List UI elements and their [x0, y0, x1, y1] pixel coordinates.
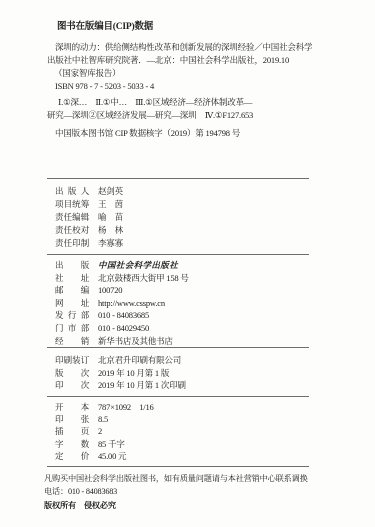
format-section: 开本 787×1092 1/16 印张 8.5 插页 2 字数 85 千字 定价… — [47, 401, 347, 462]
field-label: 邮编 — [55, 284, 89, 297]
publication-row: 发行部 010 - 84083685 — [55, 309, 347, 322]
classification-line-1: Ⅰ.①深… Ⅱ.①中… Ⅲ.①区域经济—经济体制改革— — [58, 96, 347, 109]
publication-row: 网址 http://www.csspw.cn — [55, 297, 347, 310]
field-value: 85 千字 — [98, 438, 125, 450]
field-value: 2019 年 10 月第 1 次印刷 — [98, 379, 186, 392]
field-label: 网址 — [55, 297, 89, 310]
staff-row: 出版人 赵剑英 — [55, 185, 347, 198]
field-label: 开本 — [55, 401, 89, 413]
field-label: 社址 — [55, 272, 89, 285]
cip-record-line: 中国版本图书馆 CIP 数据核字（2019）第 194798 号 — [55, 127, 347, 140]
printing-section: 印刷装订 北京君升印刷有限公司 版次 2019 年 10 月第 1 版 印次 2… — [47, 354, 347, 392]
cip-data-section: 图书在版编目(CIP)数据 深圳的动力：供给侧结构性改革和创新发展的深圳经验／中… — [47, 21, 347, 140]
publication-row: 门市部 010 - 84029450 — [55, 322, 347, 335]
field-value: 北京君升印刷有限公司 — [98, 354, 181, 367]
field-value: 王 茵 — [98, 198, 123, 211]
quality-notice-line: 凡购买中国社会科学出版社图书，如有质量问题请与本社营销中心联系调换 — [44, 472, 347, 486]
field-value: 新华书店及其他书店 — [98, 335, 173, 348]
cip-heading: 图书在版编目(CIP)数据 — [57, 21, 347, 33]
format-row: 插页 2 — [55, 425, 347, 437]
field-label: 定价 — [55, 450, 89, 462]
field-label: 发行部 — [55, 309, 89, 322]
classification-line-2: 研究—深圳②区域经济发展—研究—深圳 Ⅳ.①F127.653 — [47, 109, 347, 122]
field-label: 印刷装订 — [55, 354, 89, 367]
phone-line: 电话：010 - 84083683 — [44, 485, 347, 499]
divider-rule — [47, 396, 309, 397]
publication-row: 社址 北京鼓楼西大街甲 158 号 — [55, 272, 347, 285]
field-value: 100720 — [98, 284, 122, 297]
staff-row: 责任编辑 喻 苗 — [55, 211, 347, 224]
staff-row: 责任校对 杨 林 — [55, 224, 347, 237]
field-label: 门市部 — [55, 322, 89, 335]
field-value: 杨 林 — [98, 224, 123, 237]
format-row: 印张 8.5 — [55, 413, 347, 425]
field-label: 经销 — [55, 335, 89, 348]
field-value: 李寡寡 — [98, 237, 123, 250]
isbn-line: ISBN 978 - 7 - 5203 - 5033 - 4 — [55, 80, 347, 93]
format-row: 字数 85 千字 — [55, 438, 347, 450]
printing-row: 版次 2019 年 10 月第 1 版 — [55, 367, 347, 380]
staff-section: 出版人 赵剑英 项目统筹 王 茵 责任编辑 喻 苗 责任校对 杨 林 责任印制 … — [47, 185, 347, 250]
format-row: 开本 787×1092 1/16 — [55, 401, 347, 413]
field-label: 版次 — [55, 367, 89, 380]
field-label: 字数 — [55, 438, 89, 450]
field-label: 插页 — [55, 425, 89, 437]
book-copyright-page: 图书在版编目(CIP)数据 深圳的动力：供给侧结构性改革和创新发展的深圳经验／中… — [0, 0, 375, 527]
field-value: 45.00 元 — [98, 450, 126, 462]
staff-row: 责任印制 李寡寡 — [55, 237, 347, 250]
field-label: 责任编辑 — [55, 211, 89, 224]
field-value: 2019 年 10 月第 1 版 — [98, 367, 169, 380]
series-note: （国家智库报告） — [54, 67, 347, 80]
field-value: 8.5 — [98, 413, 108, 425]
field-value: 赵剑英 — [98, 185, 123, 198]
field-value: 北京鼓楼西大街甲 158 号 — [98, 272, 189, 285]
field-value: 喻 苗 — [98, 211, 123, 224]
divider-rule — [47, 347, 309, 348]
copyright-statement: 版权所有 侵权必究 — [44, 499, 347, 513]
printing-row: 印次 2019 年 10 月第 1 次印刷 — [55, 379, 347, 392]
field-value: 010 - 84083685 — [98, 309, 149, 322]
cip-title-line-1: 深圳的动力：供给侧结构性改革和创新发展的深圳经验／中国社会科学 — [55, 41, 347, 54]
publication-row: 出版 中国社会科学出版社 — [55, 259, 347, 272]
staff-row: 项目统筹 王 茵 — [55, 198, 347, 211]
field-label: 责任校对 — [55, 224, 89, 237]
printing-row: 印刷装订 北京君升印刷有限公司 — [55, 354, 347, 367]
cip-title-line-2: 出版社中社智库研究院著．—北京：中国社会科学出版社，2019.10 — [47, 54, 347, 67]
field-label: 出版 — [55, 259, 89, 272]
field-value: 787×1092 1/16 — [98, 401, 154, 413]
publisher-logotype: 中国社会科学出版社 — [98, 259, 178, 272]
field-label: 责任印制 — [55, 237, 89, 250]
format-row: 定价 45.00 元 — [55, 450, 347, 462]
publication-section: 出版 中国社会科学出版社 社址 北京鼓楼西大街甲 158 号 邮编 100720… — [47, 259, 347, 347]
website-url: http://www.csspw.cn — [98, 297, 165, 310]
field-label: 印张 — [55, 413, 89, 425]
field-label: 项目统筹 — [55, 198, 89, 211]
field-label: 印次 — [55, 379, 89, 392]
divider-rule — [47, 254, 309, 255]
field-value: 010 - 84029450 — [98, 322, 149, 335]
publication-row: 经销 新华书店及其他书店 — [55, 335, 347, 348]
field-label: 出版人 — [55, 185, 89, 198]
divider-rule — [47, 466, 309, 467]
divider-rule — [47, 178, 309, 179]
publication-row: 邮编 100720 — [55, 284, 347, 297]
field-value: 2 — [98, 425, 102, 437]
footer-section: 凡购买中国社会科学出版社图书，如有质量问题请与本社营销中心联系调换 电话：010… — [44, 472, 347, 513]
